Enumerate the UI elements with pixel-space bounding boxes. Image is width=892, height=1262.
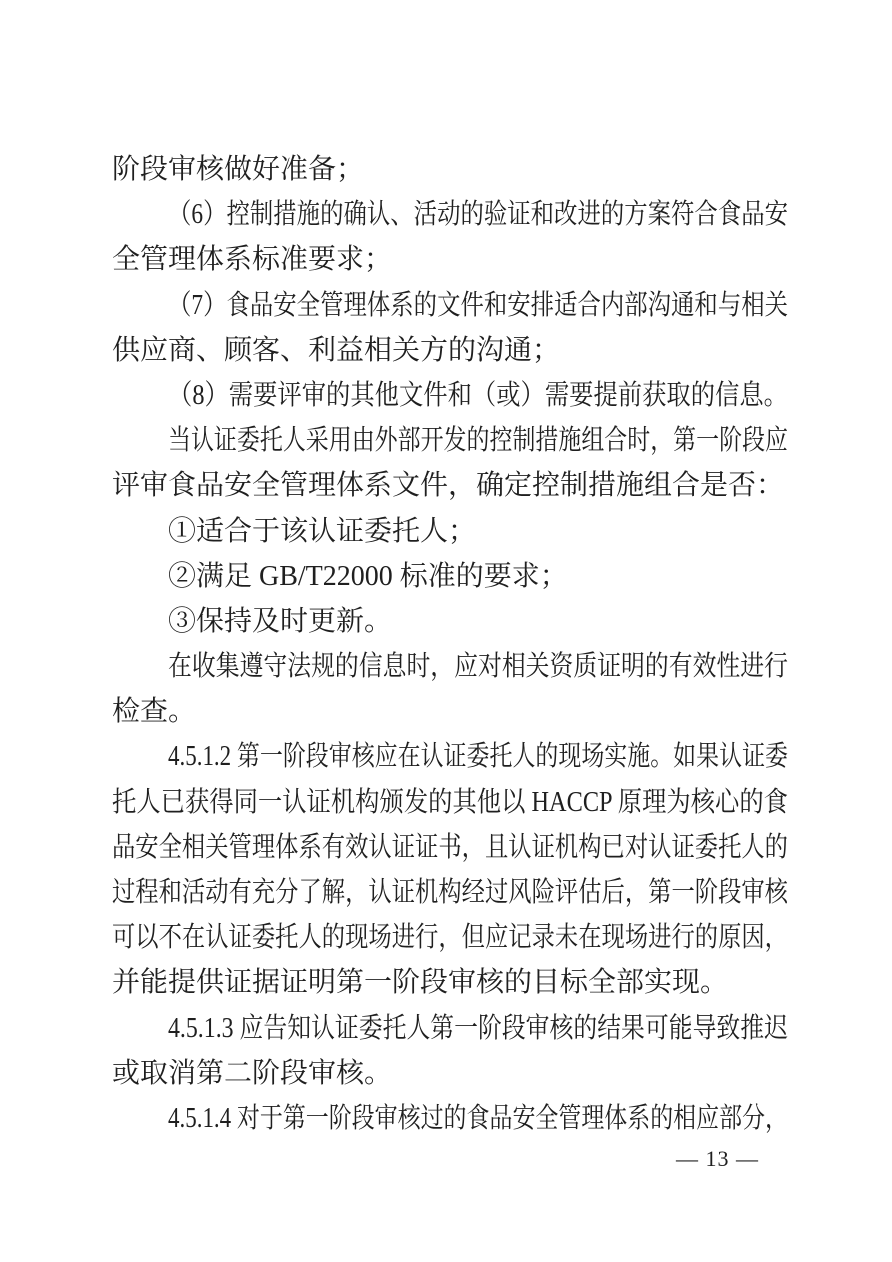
text-line: ②满足 GB/T22000 标准的要求； xyxy=(112,554,788,599)
text-line: （7）食品安全管理体系的文件和安排适合内部沟通和与相关 xyxy=(112,283,788,328)
text-line: 阶段审核做好准备； xyxy=(112,147,788,192)
text-line: （8）需要评审的其他文件和（或）需要提前获取的信息。 xyxy=(112,373,788,418)
text-line-content: 在收集遵守法规的信息时，应对相关资质证明的有效性进行 xyxy=(168,644,788,689)
text-line-content: 全管理体系标准要求； xyxy=(112,237,392,282)
text-line: 检查。 xyxy=(112,689,788,734)
text-line-content: 品安全相关管理体系有效认证证书，且认证机构已对认证委托人的 xyxy=(112,825,788,870)
text-line: 4.5.1.4 对于第一阶段审核过的食品安全管理体系的相应部分， xyxy=(112,1096,788,1141)
text-line-content: 或取消第二阶段审核。 xyxy=(112,1051,392,1096)
text-line: ①适合于该认证委托人； xyxy=(112,509,788,554)
text-line-content: （7）食品安全管理体系的文件和安排适合内部沟通和与相关 xyxy=(168,283,788,328)
text-line-content: 4.5.1.4 对于第一阶段审核过的食品安全管理体系的相应部分， xyxy=(168,1096,788,1141)
document-page: 阶段审核做好准备；（6）控制措施的确认、活动的验证和改进的方案符合食品安全管理体… xyxy=(0,0,892,1262)
text-line-content: ②满足 GB/T22000 标准的要求； xyxy=(168,554,568,599)
page-number: — 13 — xyxy=(676,1146,759,1171)
text-line-content: 评审食品安全管理体系文件，确定控制措施组合是否： xyxy=(112,463,784,508)
text-line-content: 过程和活动有充分了解，认证机构经过风险评估后，第一阶段审核 xyxy=(112,870,788,915)
text-line: 4.5.1.3 应告知认证委托人第一阶段审核的结果可能导致推迟 xyxy=(112,1006,788,1051)
text-line: 当认证委托人采用由外部开发的控制措施组合时，第一阶段应 xyxy=(112,418,788,463)
text-line-content: 托人已获得同一认证机构颁发的其他以 HACCP 原理为核心的食 xyxy=(112,780,788,825)
text-line-content: ③保持及时更新。 xyxy=(168,599,392,644)
text-line: 供应商、顾客、利益相关方的沟通； xyxy=(112,328,788,373)
text-line: 或取消第二阶段审核。 xyxy=(112,1051,788,1096)
text-line: 过程和活动有充分了解，认证机构经过风险评估后，第一阶段审核 xyxy=(112,870,788,915)
text-line-content: 并能提供证据证明第一阶段审核的目标全部实现。 xyxy=(112,960,728,1005)
text-line: 可以不在认证委托人的现场进行，但应记录未在现场进行的原因， xyxy=(112,915,788,960)
text-line: 全管理体系标准要求； xyxy=(112,237,788,282)
text-line: 评审食品安全管理体系文件，确定控制措施组合是否： xyxy=(112,463,788,508)
text-line: （6）控制措施的确认、活动的验证和改进的方案符合食品安 xyxy=(112,192,788,237)
text-line-content: 供应商、顾客、利益相关方的沟通； xyxy=(112,328,560,373)
text-line-content: （6）控制措施的确认、活动的验证和改进的方案符合食品安 xyxy=(168,192,788,237)
text-line: 品安全相关管理体系有效认证证书，且认证机构已对认证委托人的 xyxy=(112,825,788,870)
document-body: 阶段审核做好准备；（6）控制措施的确认、活动的验证和改进的方案符合食品安全管理体… xyxy=(112,147,788,1141)
text-line: 托人已获得同一认证机构颁发的其他以 HACCP 原理为核心的食 xyxy=(112,780,788,825)
text-line: 在收集遵守法规的信息时，应对相关资质证明的有效性进行 xyxy=(112,644,788,689)
text-line-content: 4.5.1.3 应告知认证委托人第一阶段审核的结果可能导致推迟 xyxy=(168,1006,788,1051)
text-line: ③保持及时更新。 xyxy=(112,599,788,644)
text-line: 4.5.1.2 第一阶段审核应在认证委托人的现场实施。如果认证委 xyxy=(112,734,788,779)
text-line: 并能提供证据证明第一阶段审核的目标全部实现。 xyxy=(112,960,788,1005)
text-line-content: ①适合于该认证委托人； xyxy=(168,509,476,554)
text-line-content: 阶段审核做好准备； xyxy=(112,147,364,192)
text-line-content: 4.5.1.2 第一阶段审核应在认证委托人的现场实施。如果认证委 xyxy=(168,734,788,779)
text-line-content: 检查。 xyxy=(112,689,196,734)
text-line-content: 可以不在认证委托人的现场进行，但应记录未在现场进行的原因， xyxy=(112,915,788,960)
text-line-content: 当认证委托人采用由外部开发的控制措施组合时，第一阶段应 xyxy=(168,418,788,463)
page-footer: — 13 — xyxy=(0,1146,759,1172)
text-line-content: （8）需要评审的其他文件和（或）需要提前获取的信息。 xyxy=(168,373,788,418)
